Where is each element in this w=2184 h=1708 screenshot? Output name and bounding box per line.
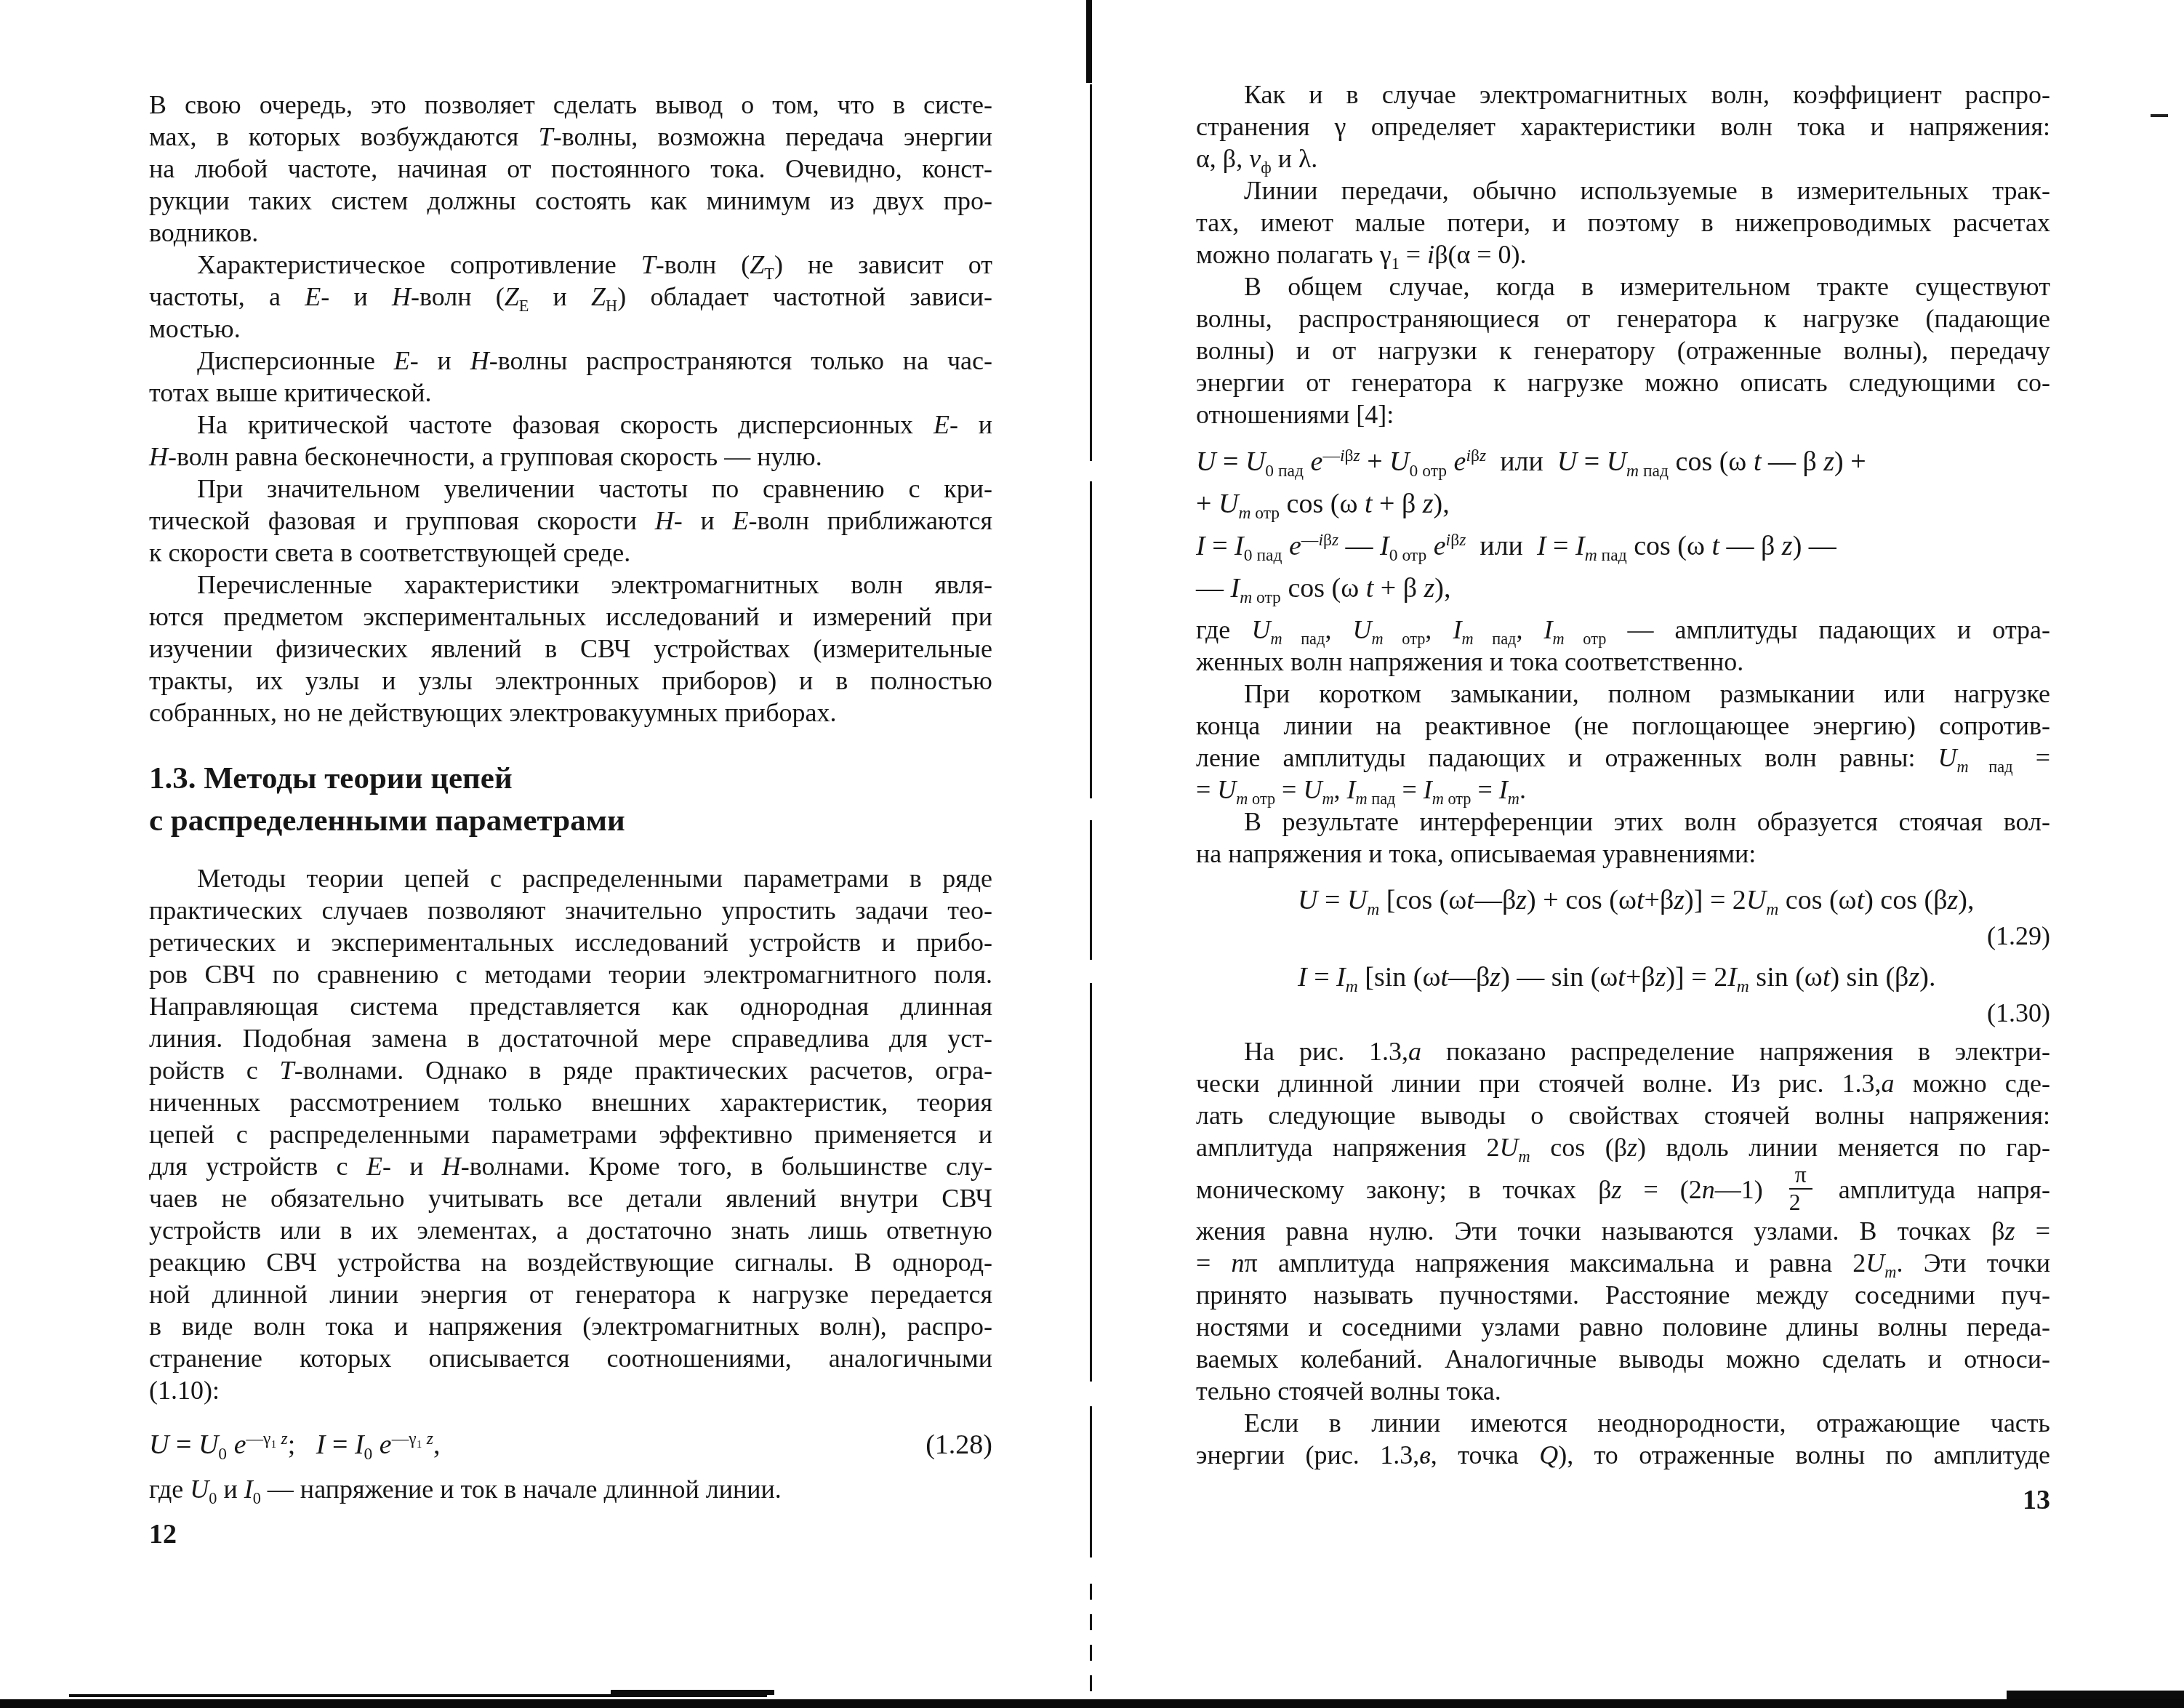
- text-line: ются предметом экспериментальных исследо…: [149, 601, 992, 633]
- binding-crease-top: [1086, 0, 1092, 83]
- paragraph: В результате интерференции этих волн обр…: [1196, 806, 2050, 870]
- paragraph: Перечисленные характеристики электромагн…: [149, 569, 992, 729]
- text-line: В общем случае, когда в измерительном тр…: [1196, 270, 2050, 302]
- paragraph: где Um пад, Um отр, Im пад, Im отр — амп…: [1196, 614, 2050, 678]
- text-line: ной длинной линии энергия от генератора …: [149, 1278, 992, 1310]
- display-formulas: U = U0 пад e—iβz + U0 отр eiβz или U = U…: [1196, 441, 2050, 609]
- equation-body: U = U0 e—γ₁ z; I = I0 e—γ₁ z,: [149, 1424, 440, 1466]
- paragraph: В общем случае, когда в измерительном тр…: [1196, 270, 2050, 430]
- scan-noise-dash: [2151, 114, 2168, 117]
- text-line: U = U0 пад e—iβz + U0 отр eiβz или U = U…: [1196, 441, 2050, 483]
- equation-label: (1.28): [926, 1424, 992, 1466]
- text-line: В свою очередь, это позволяет сделать вы…: [149, 89, 992, 121]
- paragraph: Линии передачи, обычно используемые в из…: [1196, 175, 2050, 270]
- paragraph: где U0 и I0 — напряжение и ток в начале …: [149, 1473, 992, 1505]
- text-line: тотах выше критической.: [149, 377, 992, 409]
- book-scan: В свою очередь, это позволяет сделать вы…: [0, 0, 2184, 1708]
- text-line: Если в линии имеются неоднородности, отр…: [1196, 1407, 2050, 1439]
- scan-bottom-bar: [0, 1699, 2184, 1708]
- paragraph: На рис. 1.3,а показано распределение нап…: [1196, 1035, 2050, 1407]
- text-line: отношениями [4]:: [1196, 398, 2050, 430]
- text-line: тракты, их узлы и узлы электронных прибо…: [149, 665, 992, 697]
- binding-crease: [1090, 820, 1092, 960]
- text-line: практических случаев позволяют значитель…: [149, 894, 992, 926]
- text-line: Характеристическое сопротивление Т-волн …: [149, 249, 992, 281]
- text-line: амплитуда напряжения 2Um cos (βz) вдоль …: [1196, 1131, 2050, 1163]
- binding-crease-dashed: [1090, 1584, 1092, 1699]
- equation-1-28: U = U0 e—γ₁ z; I = I0 e—γ₁ z, (1.28): [149, 1424, 992, 1466]
- text-line: для устройств с Е- и Н-волнами. Кроме то…: [149, 1150, 992, 1182]
- binding-crease: [1090, 481, 1092, 798]
- text-line: ление амплитуды падающих и отраженных во…: [1196, 742, 2050, 774]
- paragraph: При значительном увеличении частоты по с…: [149, 473, 992, 569]
- equation-block: U = Um [cos (ωt—βz) + cos (ωt+βz)] = 2Um…: [1196, 881, 2050, 1030]
- text-line: Как и в случае электромагнитных волн, ко…: [1196, 79, 2050, 111]
- text-line: ваемых колебаний. Аналогичные выводы мож…: [1196, 1343, 2050, 1375]
- text-line: реакцию СВЧ устройства на воздействующие…: [149, 1246, 992, 1278]
- text-line: 1.3. Методы теории цепей: [149, 758, 992, 800]
- right-page: Как и в случае электромагнитных волн, ко…: [1196, 79, 2050, 1516]
- scan-edge-noise: [2007, 1691, 2184, 1699]
- text-line: При коротком замыкании, полном размыкани…: [1196, 678, 2050, 710]
- text-line: Линии передачи, обычно используемые в из…: [1196, 175, 2050, 207]
- text-line: водников.: [149, 217, 992, 249]
- text-line: чески длинной линии при стоячей волне. И…: [1196, 1067, 2050, 1099]
- text-line: волны) и от нагрузки к генератору (отраж…: [1196, 334, 2050, 366]
- text-line: На критической частоте фазовая скорость …: [149, 409, 992, 441]
- equation-body: U = Um [cos (ωt—βz) + cos (ωt+βz)] = 2Um…: [1196, 881, 2050, 919]
- text-line: странение которых описывается соотношени…: [149, 1342, 992, 1374]
- text-line: (1.10):: [149, 1374, 992, 1406]
- text-line: тельно стоячей волны тока.: [1196, 1375, 2050, 1407]
- text-line: можно полагать γ1 = iβ(α = 0).: [1196, 238, 2050, 270]
- text-line: — Im отр cos (ω t + β z),: [1196, 567, 2050, 609]
- text-line: Н-волн равна бесконечности, а групповая …: [149, 441, 992, 473]
- text-line: изучении физических явлений в СВЧ устрой…: [149, 633, 992, 665]
- text-line: волны, распространяющиеся от генератора …: [1196, 302, 2050, 334]
- text-line: ниченных рассмотрением только внешних ха…: [149, 1086, 992, 1118]
- text-line: = Um отр = Um, Im пад = Im отр = Im.: [1196, 774, 2050, 806]
- binding-crease: [1090, 1406, 1092, 1557]
- text-line: энергии от генератора к нагрузке можно о…: [1196, 366, 2050, 398]
- text-line: цепей с распределенными параметрами эффе…: [149, 1118, 992, 1150]
- text-line: на напряжения и тока, описываемая уравне…: [1196, 838, 2050, 870]
- paragraph: При коротком замыкании, полном размыкани…: [1196, 678, 2050, 806]
- text-line: линия. Подобная замена в достаточной мер…: [149, 1022, 992, 1054]
- text-line: Методы теории цепей с распределенными па…: [149, 862, 992, 894]
- text-line: ретических и экспериментальных исследова…: [149, 926, 992, 958]
- text-line: с распределенными параметрами: [149, 800, 992, 842]
- left-page: В свою очередь, это позволяет сделать вы…: [149, 89, 992, 1550]
- paragraph: Дисперсионные Е- и Н-волны распространяю…: [149, 345, 992, 409]
- text-line: ройств с Т-волнами. Однако в ряде практи…: [149, 1054, 992, 1086]
- paragraph: Если в линии имеются неоднородности, отр…: [1196, 1407, 2050, 1471]
- text-line: рукции таких систем должны состоять как …: [149, 185, 992, 217]
- text-line: женных волн напряжения и тока соответств…: [1196, 646, 2050, 678]
- text-line: принято называть пучностями. Расстояние …: [1196, 1279, 2050, 1311]
- text-line: в виде волн тока и напряжения (электрома…: [149, 1310, 992, 1342]
- binding-crease: [1090, 983, 1092, 1382]
- paragraph: На критической частоте фазовая скорость …: [149, 409, 992, 473]
- text-line: странения γ определяет характеристики во…: [1196, 111, 2050, 143]
- page-number-right: 13: [1196, 1484, 2050, 1516]
- text-line: где U0 и I0 — напряжение и ток в начале …: [149, 1473, 992, 1505]
- text-line: α, β, vф и λ.: [1196, 143, 2050, 175]
- page-number-left: 12: [149, 1518, 992, 1550]
- text-line: В результате интерференции этих волн обр…: [1196, 806, 2050, 838]
- text-line: При значительном увеличении частоты по с…: [149, 473, 992, 505]
- equation-label: (1.30): [1196, 996, 2050, 1030]
- text-line: мостью.: [149, 313, 992, 345]
- text-line: энергии (рис. 1.3,в, точка Q), то отраже…: [1196, 1439, 2050, 1471]
- text-line: частоты, а Е- и Н-волн (ZЕ и ZН) обладае…: [149, 281, 992, 313]
- text-line: мах, в которых возбуждаются Т-волны, воз…: [149, 121, 992, 153]
- equation-label: (1.29): [1196, 919, 2050, 953]
- text-line: жения равна нулю. Эти точки называются у…: [1196, 1215, 2050, 1247]
- text-line: + Um отр cos (ω t + β z),: [1196, 483, 2050, 525]
- section-heading: 1.3. Методы теории цепейс распределенным…: [149, 758, 992, 842]
- text-line: ностями и соседними узлами равно половин…: [1196, 1311, 2050, 1343]
- equation-body: I = Im [sin (ωt—βz) — sin (ωt+βz)] = 2Im…: [1196, 958, 2050, 996]
- text-line: моническому закону; в точках βz = (2n—1)…: [1196, 1163, 2050, 1215]
- text-line: = nπ амплитуда напряжения максимальна и …: [1196, 1247, 2050, 1279]
- paragraph: Характеристическое сопротивление Т-волн …: [149, 249, 992, 345]
- paragraph: В свою очередь, это позволяет сделать вы…: [149, 89, 992, 249]
- paragraph: Как и в случае электромагнитных волн, ко…: [1196, 79, 2050, 175]
- text-line: устройств или в их элементах, а достаточ…: [149, 1214, 992, 1246]
- text-line: ров СВЧ по сравнению с методами теории э…: [149, 958, 992, 990]
- text-line: Направляющая система представляется как …: [149, 990, 992, 1022]
- text-line: чаев не обязательно учитывать все детали…: [149, 1182, 992, 1214]
- binding-crease: [1090, 84, 1092, 461]
- text-line: на любой частоте, начиная от постоянного…: [149, 153, 992, 185]
- text-line: тической фазовая и групповая скорости Н-…: [149, 505, 992, 537]
- text-line: к скорости света в соответствующей среде…: [149, 537, 992, 569]
- text-line: На рис. 1.3,а показано распределение нап…: [1196, 1035, 2050, 1067]
- inline-fraction: π2: [1789, 1163, 1812, 1215]
- text-line: Дисперсионные Е- и Н-волны распространяю…: [149, 345, 992, 377]
- text-line: лать следующие выводы о свойствах стояче…: [1196, 1099, 2050, 1131]
- text-line: Перечисленные характеристики электромагн…: [149, 569, 992, 601]
- text-line: I = I0 пад e—iβz — I0 отр eiβz или I = I…: [1196, 525, 2050, 567]
- text-line: где Um пад, Um отр, Im пад, Im отр — амп…: [1196, 614, 2050, 646]
- paragraph: Методы теории цепей с распределенными па…: [149, 862, 992, 1406]
- text-line: конца линии на реактивное (не поглощающе…: [1196, 710, 2050, 742]
- text-line: собранных, но не действующих электроваку…: [149, 697, 992, 729]
- scan-edge-blob: [611, 1690, 774, 1695]
- text-line: тах, имеют малые потери, и поэтому в ниж…: [1196, 207, 2050, 238]
